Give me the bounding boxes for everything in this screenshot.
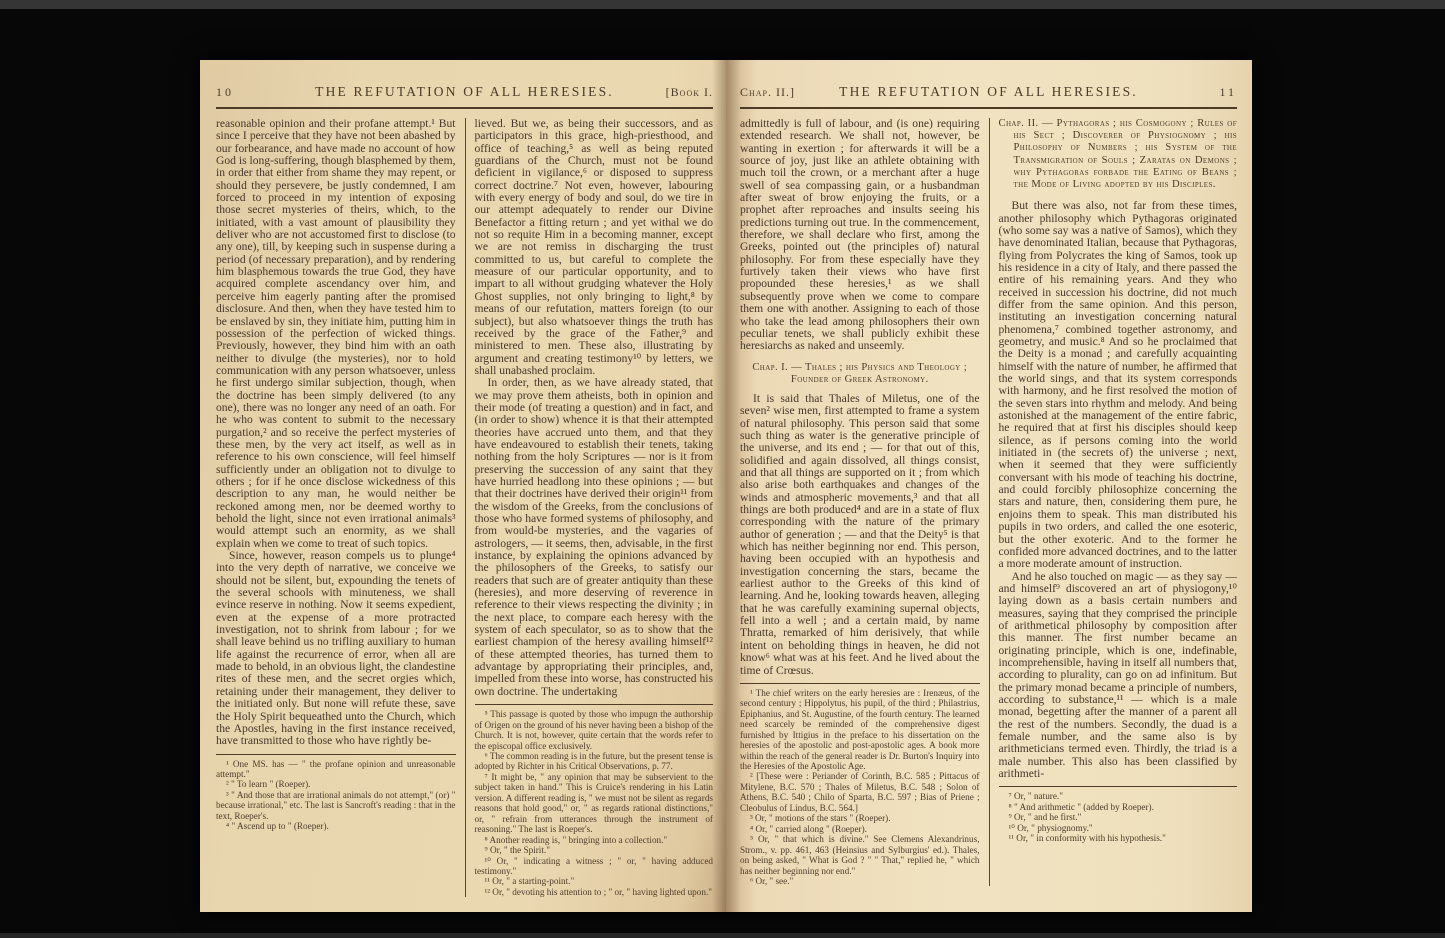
body-paragraph: reasonable opinion and their profane att… [216, 118, 456, 550]
text-columns-left: reasonable opinion and their profane att… [216, 118, 713, 897]
footnote: ⁸ Another reading is, " bringing into a … [475, 835, 714, 845]
footnote: ¹ The chief writers on the early heresie… [740, 688, 980, 772]
footnote: ⁶ The common reading is in the future, b… [475, 751, 714, 772]
footnote-rule [475, 704, 714, 705]
body-paragraph: Since, however, reason compels us to plu… [216, 550, 456, 748]
right-page-column-2: Chap. II. — Pythagoras ; his Cosmogony ;… [989, 118, 1238, 886]
footnote: ³ " And those that are irrational animal… [216, 790, 456, 821]
left-page-column-2: lieved. But we, as being their successor… [465, 118, 714, 897]
chapter-label: Chap. II.] [740, 85, 812, 100]
footnote: ¹ One MS. has — " the profane opinion an… [216, 759, 456, 780]
page-right-header: Chap. II.] THE REFUTATION OF ALL HERESIE… [740, 84, 1237, 100]
footnote: ⁴ " Ascend up to " (Roeper). [216, 821, 456, 831]
body-paragraph: lieved. But we, as being their successor… [475, 118, 714, 377]
body-paragraph: In order, then, as we have already state… [475, 377, 714, 698]
footnote: ⁹ Or, " and he first." [999, 812, 1238, 822]
header-rule-left [216, 107, 713, 109]
chapter-heading-pythagoras: Chap. II. — Pythagoras ; his Cosmogony ;… [999, 118, 1238, 191]
page-left-content: 10 THE REFUTATION OF ALL HERESIES. [Book… [200, 60, 726, 897]
header-rule-right [740, 107, 1237, 109]
footnote-rule [216, 754, 456, 755]
page-right-content: Chap. II.] THE REFUTATION OF ALL HERESIE… [726, 60, 1252, 886]
body-paragraph: admittedly is full of labour, and (is on… [740, 118, 980, 353]
footnote: ¹⁰ Or, " physiognomy." [999, 823, 1238, 833]
text-columns-right: admittedly is full of labour, and (is on… [740, 118, 1237, 886]
footnote: ³ Or, " motions of the stars " (Roeper). [740, 813, 980, 823]
footnote: ⁴ Or, " carried along " (Roeper). [740, 824, 980, 834]
page-left-header: 10 THE REFUTATION OF ALL HERESIES. [Book… [216, 84, 713, 100]
open-book-spread: 10 THE REFUTATION OF ALL HERESIES. [Book… [200, 60, 1252, 912]
left-page-column-1: reasonable opinion and their profane att… [216, 118, 465, 897]
footnote: ⁵ This passage is quoted by those who im… [475, 709, 714, 751]
scan-top-edge [0, 0, 1445, 9]
footnote: ¹² Or, " devoting his attention to ; " o… [475, 887, 714, 897]
footnote: ⁸ " And arithmetic " (added by Roeper). [999, 802, 1238, 812]
footnote: ¹⁰ Or, " indicating a witness ; " or, " … [475, 856, 714, 877]
book-scan-stage: 10 THE REFUTATION OF ALL HERESIES. [Book… [0, 0, 1445, 938]
chapter-heading-line: Chap. I. — Thales ; his Physics and Theo… [740, 362, 980, 374]
footnote-rule [999, 786, 1238, 787]
running-title-left: THE REFUTATION OF ALL HERESIES. [288, 84, 641, 100]
footnote: ¹¹ Or, " a starting-point." [475, 876, 714, 886]
footnote: ¹¹ Or, " in conformity with his hypothes… [999, 833, 1238, 843]
footnote: ² [These were : Periander of Corinth, B.… [740, 771, 980, 813]
book-label: [Book I. [641, 85, 713, 100]
page-left: 10 THE REFUTATION OF ALL HERESIES. [Book… [200, 60, 726, 912]
footnote-rule [740, 683, 980, 684]
page-right: Chap. II.] THE REFUTATION OF ALL HERESIE… [726, 60, 1252, 912]
footnote: ² " To learn " (Roeper). [216, 779, 456, 789]
footnote: ⁵ Or, " that which is divine." See Cleme… [740, 834, 980, 876]
body-paragraph: And he also touched on magic — as they s… [999, 571, 1238, 781]
chapter-heading-thales: Chap. I. — Thales ; his Physics and Theo… [740, 362, 980, 386]
footnote: ⁷ It might be, " any opinion that may be… [475, 772, 714, 835]
footnote: ⁹ Or, " the Spirit." [475, 845, 714, 855]
page-number-right: 11 [1165, 85, 1237, 100]
footnote: ⁶ Or, " see." [740, 876, 980, 886]
body-paragraph: But there was also, not far from these t… [999, 200, 1238, 570]
running-title-right: THE REFUTATION OF ALL HERESIES. [812, 84, 1165, 100]
footnote: ⁷ Or, " nature." [999, 791, 1238, 801]
right-page-column-1: admittedly is full of labour, and (is on… [740, 118, 989, 886]
scan-bottom-edge [0, 933, 1445, 938]
page-number-left: 10 [216, 85, 288, 100]
body-paragraph: It is said that Thales of Miletus, one o… [740, 393, 980, 677]
chapter-heading-line: Founder of Greek Astronomy. [740, 374, 980, 386]
